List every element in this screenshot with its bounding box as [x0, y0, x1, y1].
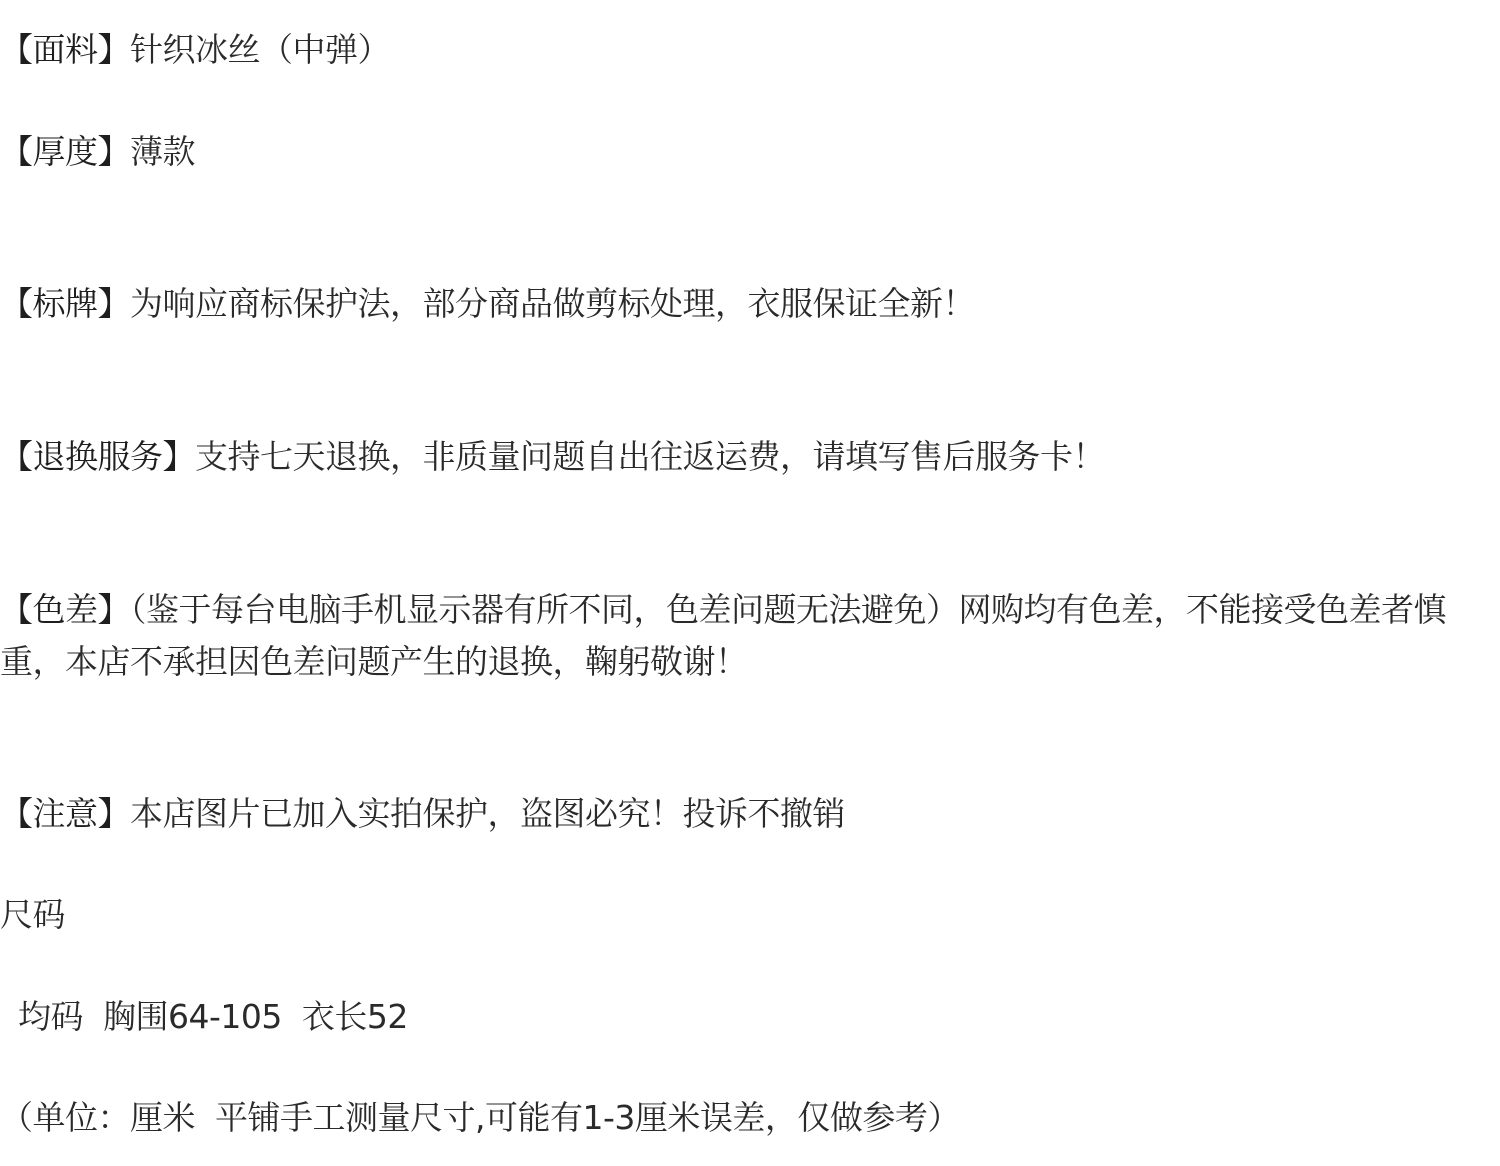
fabric-label: 【面料】: [0, 30, 130, 69]
return-service-row: 【退换服务】支持七天退换，非质量问题自出往返运费，请填写售后服务卡！: [0, 437, 1105, 477]
notice-value: 本店图片已加入实拍保护，盗图必究！投诉不撤销: [130, 794, 845, 833]
size-note: （单位：厘米 平铺手工测量尺寸,可能有1-3厘米误差，仅做参考）: [0, 1098, 960, 1138]
tag-value: 为响应商标保护法，部分商品做剪标处理，衣服保证全新！: [130, 284, 975, 323]
color-difference-value: （鉴于每台电脑手机显示器有所不同，色差问题无法避免）网购均有色差，不能接受色差者…: [0, 590, 1446, 681]
color-difference-label: 【色差】: [0, 590, 130, 629]
thickness-row: 【厚度】薄款: [0, 132, 195, 172]
thickness-value: 薄款: [130, 132, 195, 171]
tag-row: 【标牌】为响应商标保护法，部分商品做剪标处理，衣服保证全新！: [0, 284, 975, 324]
return-service-value: 支持七天退换，非质量问题自出往返运费，请填写售后服务卡！: [195, 437, 1105, 476]
thickness-label: 【厚度】: [0, 132, 130, 171]
color-difference-row: 【色差】（鉴于每台电脑手机显示器有所不同，色差问题无法避免）网购均有色差，不能接…: [0, 584, 1495, 688]
notice-label: 【注意】: [0, 794, 130, 833]
tag-label: 【标牌】: [0, 284, 130, 323]
fabric-row: 【面料】针织冰丝（中弹）: [0, 30, 390, 70]
fabric-value: 针织冰丝（中弹）: [130, 30, 390, 69]
size-heading: 尺码: [0, 895, 65, 935]
return-service-label: 【退换服务】: [0, 437, 195, 476]
size-spec: 均码 胸围64-105 衣长52: [18, 997, 408, 1037]
notice-row: 【注意】本店图片已加入实拍保护，盗图必究！投诉不撤销: [0, 794, 845, 834]
